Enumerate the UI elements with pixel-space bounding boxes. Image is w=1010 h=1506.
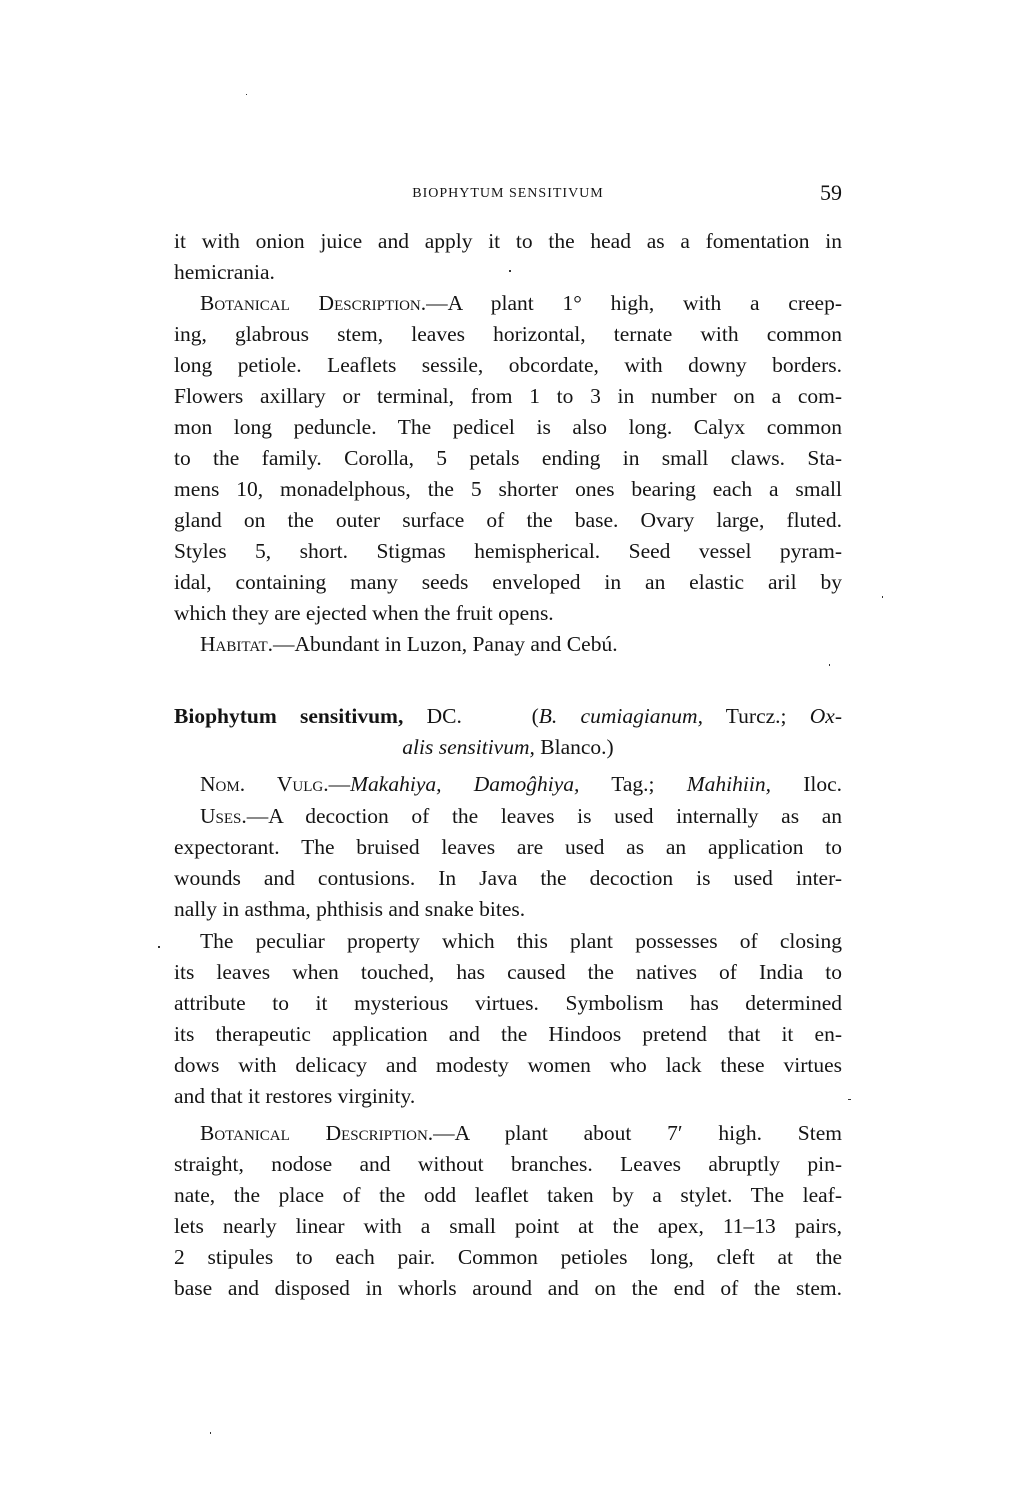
scan-speck (246, 94, 247, 95)
text-line: mon long peduncle. The pedicel is also l… (174, 412, 842, 443)
text-line: attribute to it mysterious virtues. Symb… (174, 988, 842, 1019)
text-line: to the family. Corolla, 5 petals ending … (174, 443, 842, 474)
text-line: expectorant. The bruised leaves are used… (174, 832, 842, 863)
vernacular-names: Nom. Vulg.—Makahiya, Damoĝhiya, Tag.; Ma… (174, 769, 842, 800)
section-label: Botanical Description. (200, 1121, 433, 1145)
scan-speck (158, 946, 160, 948)
scan-speck (882, 596, 883, 598)
text-line: its therapeutic application and the Hind… (174, 1019, 842, 1050)
text-line: Uses.—A decoction of the leaves is used … (174, 801, 842, 832)
text-line: nally in asthma, phthisis and snake bite… (174, 894, 842, 925)
text-line: mens 10, monadelphous, the 5 shorter one… (174, 474, 842, 505)
text-line: hemicrania. (174, 257, 842, 288)
text-line: straight, nodose and without branches. L… (174, 1149, 842, 1180)
section-label: Habitat. (200, 632, 273, 656)
text-line: Styles 5, short. Stigmas hemispherical. … (174, 536, 842, 567)
scan-speck (509, 270, 511, 272)
text-line: The peculiar property which this plant p… (174, 926, 842, 957)
scan-speck (829, 664, 830, 666)
text-line: base and disposed in whorls around and o… (174, 1273, 842, 1304)
text-line: long petiole. Leaflets sessile, obcordat… (174, 350, 842, 381)
text-line: its leaves when touched, has caused the … (174, 957, 842, 988)
text-line: idal, containing many seeds enveloped in… (174, 567, 842, 598)
text-line: Habitat.—Abundant in Luzon, Panay and Ce… (174, 629, 842, 660)
text-line: dows with delicacy and modesty women who… (174, 1050, 842, 1081)
text-line: Flowers axillary or terminal, from 1 to … (174, 381, 842, 412)
text-line: it with onion juice and apply it to the … (174, 226, 842, 257)
page-header: BIOPHYTUM SENSITIVUM 59 (174, 180, 842, 210)
section-label: Botanical Description. (200, 291, 426, 315)
text-line: lets nearly linear with a small point at… (174, 1211, 842, 1242)
running-head: BIOPHYTUM SENSITIVUM (174, 186, 842, 202)
scan-speck (210, 1432, 211, 1434)
text-line: ing, glabrous stem, leaves horizontal, t… (174, 319, 842, 350)
text-line: 2 stipules to each pair. Common petioles… (174, 1242, 842, 1273)
text-line: nate, the place of the odd leaflet taken… (174, 1180, 842, 1211)
section-label: Uses. (200, 804, 247, 828)
page-number: 59 (820, 180, 842, 206)
text-line: Botanical Description.—A plant about 7′ … (174, 1118, 842, 1149)
text-line: which they are ejected when the fruit op… (174, 598, 842, 629)
species-name: Biophytum sensitivum, (174, 704, 403, 728)
text-line: and that it restores virginity. (174, 1081, 842, 1112)
scan-speck (848, 1099, 851, 1100)
section-label: Nom. Vulg. (200, 772, 329, 796)
text-line: wounds and contusions. In Java the decoc… (174, 863, 842, 894)
species-heading-cont: alis sensitivum, Blanco.) (174, 732, 842, 763)
text-line: Botanical Description.—A plant 1° high, … (174, 288, 842, 319)
species-heading: Biophytum sensitivum, DC. (B. cumiagianu… (174, 701, 842, 732)
text-line: gland on the outer surface of the base. … (174, 505, 842, 536)
